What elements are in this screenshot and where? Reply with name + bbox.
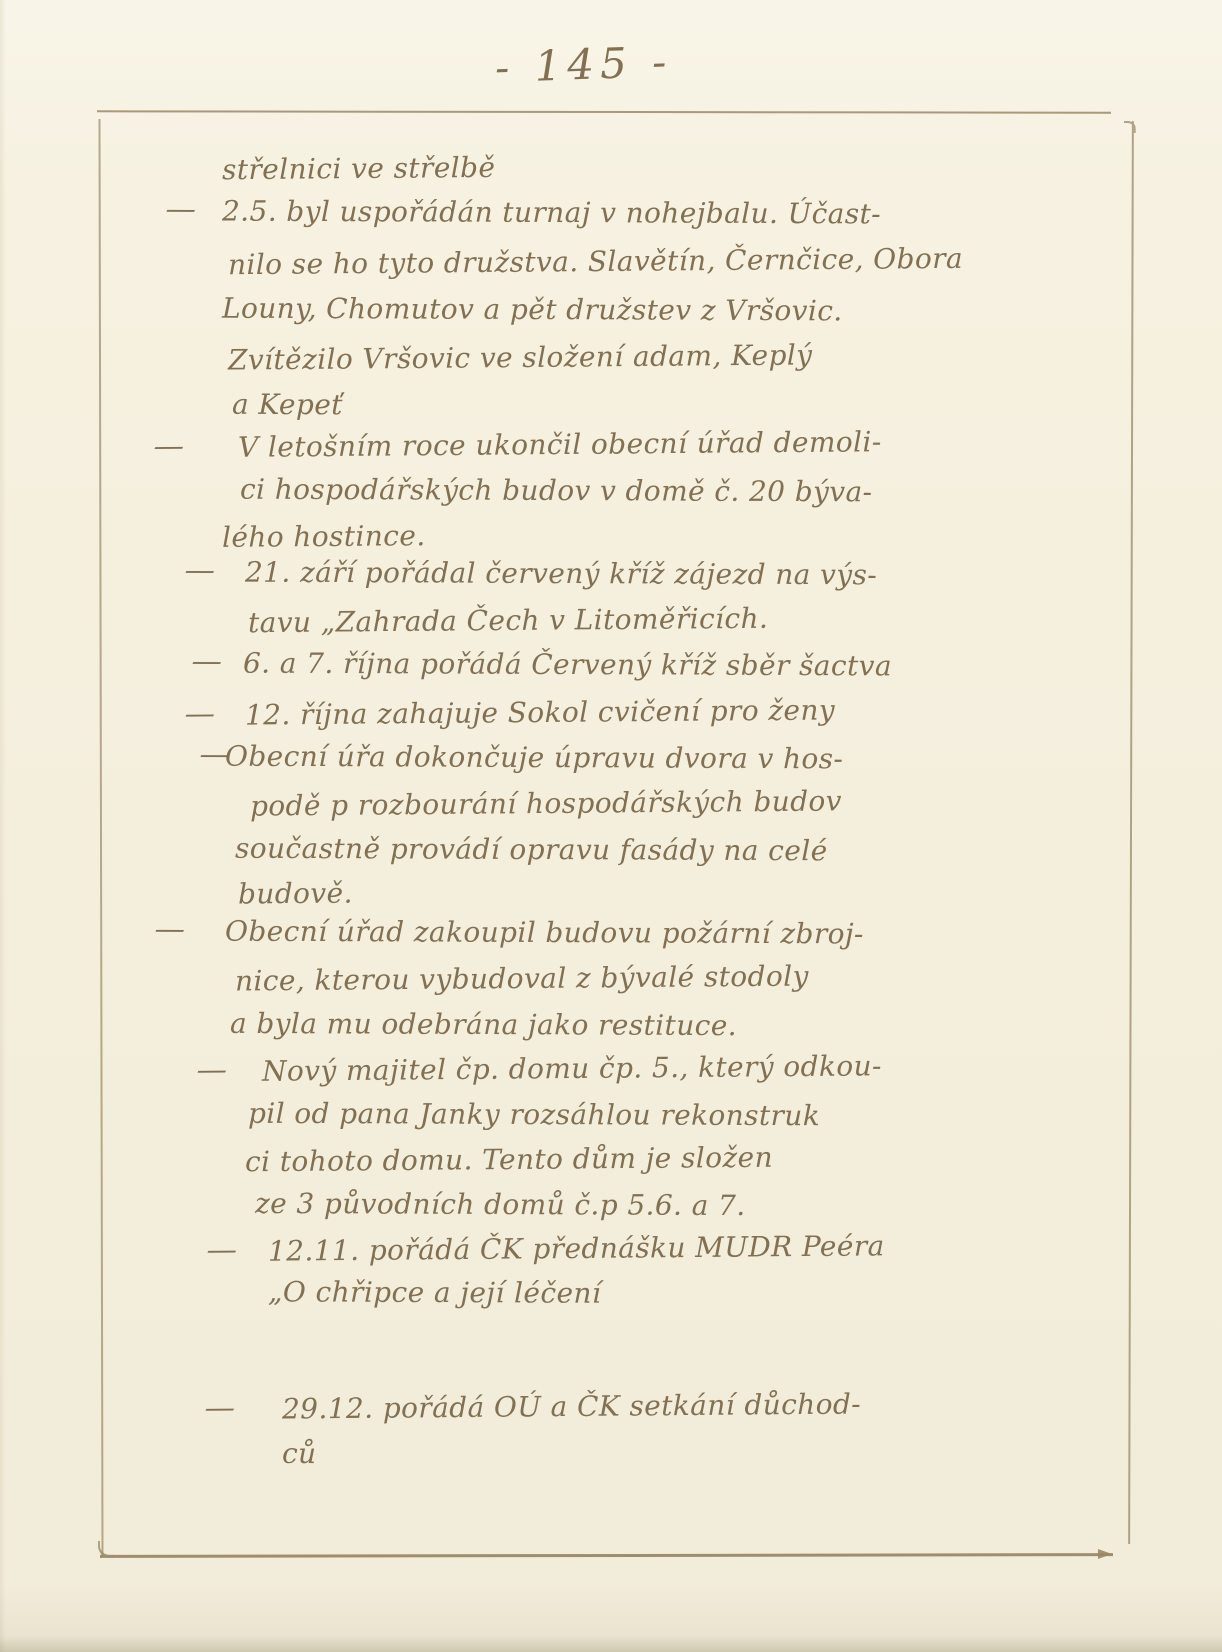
line-text: V letošním roce ukončil obecní úřad demo…	[238, 425, 882, 464]
line-text: 21. září pořádal červený kříž zájezd na …	[245, 556, 877, 592]
page-number: - 145 -	[494, 37, 673, 92]
line-text: pil od pana Janky rozsáhlou rekonstruk	[248, 1097, 820, 1132]
line-text: nilo se ho tyto družstva. Slavětín, Čern…	[228, 242, 963, 281]
handwritten-line: – 12. října zahajuje Sokol cvičení pro ž…	[245, 693, 835, 731]
line-text: Zvítězilo Vršovic ve složení adam, Keplý	[228, 338, 813, 376]
line-text: „O chřipce a její léčení	[268, 1275, 601, 1309]
handwritten-line: – 21. září pořádal červený kříž zájezd n…	[245, 556, 877, 592]
handwritten-line: – 29.12. pořádá OÚ a ČK setkání důchod-	[282, 1387, 861, 1425]
line-text: nice, kterou vybudoval z bývalé stodoly	[235, 959, 809, 997]
handwritten-line: – Obecní úřad zakoupil budovu požární zb…	[225, 915, 864, 951]
handwritten-line: – 12.11. pořádá ČK přednášku MUDR Peéra	[268, 1229, 885, 1267]
handwritten-line: – V letošním roce ukončil obecní úřad de…	[238, 425, 882, 464]
frame-bottom-arrow-mark	[1098, 1549, 1112, 1559]
line-text: lého hostince.	[222, 519, 426, 554]
line-text: ze 3 původních domů č.p 5.6. a 7.	[255, 1187, 746, 1222]
line-text: Obecní úřad zakoupil budovu požární zbro…	[225, 915, 864, 951]
line-text: 2.5. byl uspořádán turnaj v nohejbalu. Ú…	[222, 195, 881, 231]
line-text: ců	[282, 1437, 317, 1470]
line-text: Obecní úřa dokončuje úpravu dvora v hos-	[225, 740, 843, 776]
line-text: budově.	[238, 876, 353, 910]
handwritten-line: nice, kterou vybudoval z bývalé stodoly	[235, 959, 809, 997]
list-dash: –	[190, 644, 225, 677]
scanned-document-page: - 145 - střelnici ve střelbě – 2.5. byl …	[0, 0, 1222, 1652]
list-dash: –	[183, 697, 218, 730]
list-dash: –	[198, 738, 233, 771]
handwritten-line: střelnici ve střelbě	[222, 151, 496, 186]
handwritten-line: Zvítězilo Vršovic ve složení adam, Keplý	[228, 338, 813, 376]
handwritten-line: a Kepeť	[232, 388, 343, 421]
handwritten-line: pil od pana Janky rozsáhlou rekonstruk	[248, 1097, 820, 1132]
frame-left-line	[98, 119, 103, 1556]
list-dash: –	[153, 912, 188, 945]
handwritten-line: ci tohoto domu. Tento dům je složen	[245, 1141, 773, 1179]
handwritten-line: ců	[282, 1437, 317, 1470]
line-text: tavu „Zahrada Čech v Litoměřicích.	[248, 602, 769, 640]
list-dash: –	[152, 429, 187, 462]
handwritten-line: Louny, Chomutov a pět družstev z Vršovic…	[222, 292, 843, 328]
handwritten-line: podě p rozbourání hospodářských budov	[250, 784, 842, 822]
line-text: ci tohoto domu. Tento dům je složen	[245, 1141, 773, 1179]
frame-bottom-line	[100, 1553, 1113, 1558]
list-dash: –	[205, 1233, 240, 1266]
line-text: a Kepeť	[232, 388, 343, 421]
handwritten-line: součastně provádí opravu fasády na celé	[235, 832, 828, 868]
scan-bottom-edge-shadow	[0, 1636, 1222, 1652]
line-text: 12. října zahajuje Sokol cvičení pro žen…	[245, 693, 835, 731]
line-text: 12.11. pořádá ČK přednášku MUDR Peéra	[268, 1229, 885, 1267]
handwritten-line: ze 3 původních domů č.p 5.6. a 7.	[255, 1187, 746, 1222]
handwritten-line: budově.	[238, 876, 353, 910]
handwritten-line: tavu „Zahrada Čech v Litoměřicích.	[248, 602, 769, 640]
handwritten-line: nilo se ho tyto družstva. Slavětín, Čern…	[228, 242, 963, 281]
line-text: 29.12. pořádá OÚ a ČK setkání důchod-	[282, 1387, 861, 1425]
handwritten-line: lého hostince.	[222, 519, 426, 554]
handwritten-line: – Obecní úřa dokončuje úpravu dvora v ho…	[225, 740, 843, 776]
list-dash: –	[195, 1053, 230, 1086]
handwritten-line: ci hospodářských budov v domě č. 20 býva…	[240, 473, 873, 509]
list-dash: –	[183, 553, 218, 586]
line-text: střelnici ve střelbě	[222, 151, 496, 186]
line-text: ci hospodářských budov v domě č. 20 býva…	[240, 473, 873, 509]
line-text: 6. a 7. října pořádá Červený kříž sběr š…	[243, 647, 892, 683]
frame-top-line	[97, 110, 1111, 113]
handwritten-line: – Nový majitel čp. domu čp. 5., který od…	[262, 1049, 882, 1087]
handwritten-line: – 2.5. byl uspořádán turnaj v nohejbalu.…	[222, 195, 881, 231]
handwritten-line: „O chřipce a její léčení	[268, 1275, 601, 1309]
list-dash: –	[203, 1391, 238, 1424]
line-text: součastně provádí opravu fasády na celé	[235, 832, 828, 868]
line-text: Nový majitel čp. domu čp. 5., který odko…	[262, 1049, 882, 1087]
line-text: a byla mu odebrána jako restituce.	[230, 1007, 737, 1042]
line-text: Louny, Chomutov a pět družstev z Vršovic…	[222, 292, 843, 328]
line-text: podě p rozbourání hospodářských budov	[250, 784, 842, 822]
scan-left-edge-shadow	[0, 0, 6, 1652]
list-dash: –	[164, 192, 199, 225]
frame-right-line	[1128, 121, 1134, 1544]
handwritten-line: – 6. a 7. října pořádá Červený kříž sběr…	[243, 647, 892, 683]
handwritten-line: a byla mu odebrána jako restituce.	[230, 1007, 737, 1042]
